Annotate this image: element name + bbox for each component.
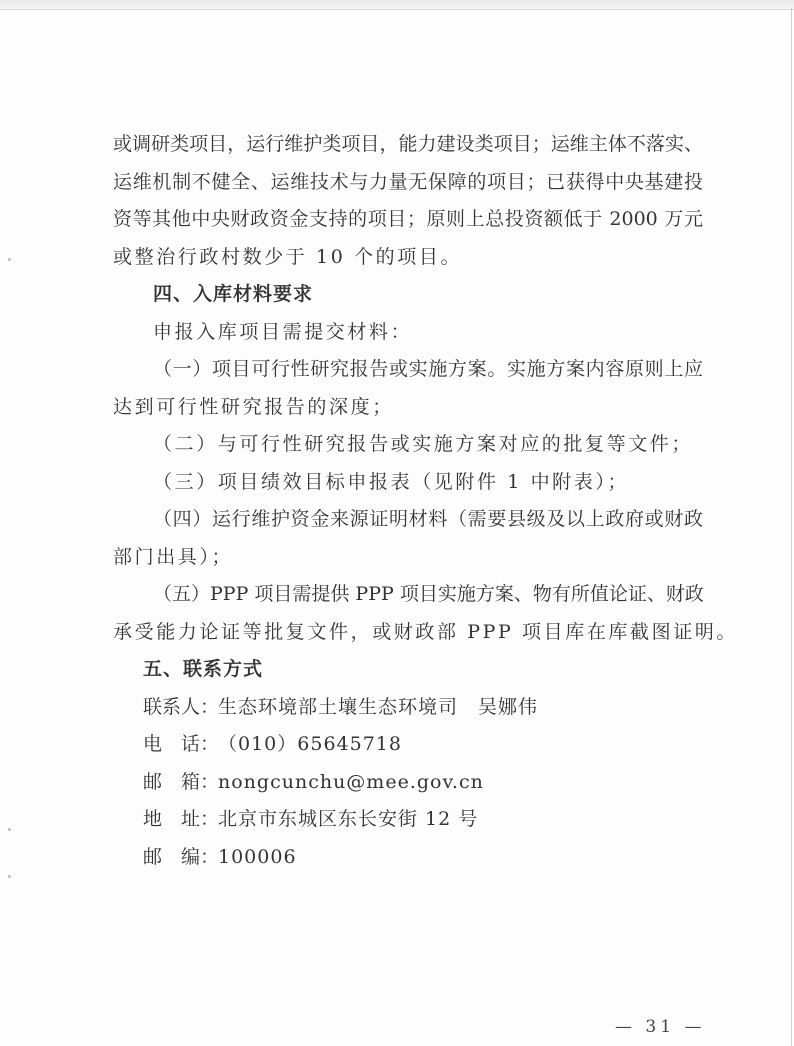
materials-item-2: （二）与可行性研究报告或实施方案对应的批复等文件； [113, 426, 703, 464]
materials-item-5-line1: （五）PPP 项目需提供 PPP 项目实施方案、物有所值论证、财政 [113, 576, 703, 614]
section-intro: 申报入库项目需提交材料： [113, 314, 703, 352]
materials-item-4-line2: 部门出具）； [113, 539, 703, 577]
scan-top-edge [0, 0, 794, 10]
body-text-line: 运维机制不健全、运维技术与力量无保障的项目；已获得中央基建投 [113, 164, 703, 202]
scan-speck [8, 828, 11, 831]
contact-phone-value: （010）65645718 [218, 733, 402, 755]
body-text-line: 资等其他中央财政资金支持的项目；原则上总投资额低于 2000 万元 [113, 201, 703, 239]
contact-address-value: 北京市东城区东长安街 12 号 [218, 808, 478, 830]
materials-item-3: （三）项目绩效目标申报表（见附件 1 中附表）； [113, 464, 703, 502]
materials-item-4-line1: （四）运行维护资金来源证明材料（需要县级及以上政府或财政 [113, 501, 703, 539]
contact-address-label: 地 址： [143, 801, 218, 839]
scan-speck [8, 875, 11, 878]
contact-postcode-label: 邮 编： [143, 839, 218, 877]
page-number: — 31 — [615, 1017, 705, 1037]
contact-person-row: 联系人：生态环境部土壤生态环境司 吴娜伟 [113, 689, 703, 727]
contact-phone-row: 电 话：（010）65645718 [113, 726, 703, 764]
materials-item-5-line2: 承受能力论证等批复文件，或财政部 PPP 项目库在库截图证明。 [113, 614, 703, 652]
materials-item-1-line1: （一）项目可行性研究报告或实施方案。实施方案内容原则上应 [113, 351, 703, 389]
body-text-line: 或整治行政村数少于 10 个的项目。 [113, 239, 703, 277]
contact-email-label: 邮 箱： [143, 764, 218, 802]
document-page: 或调研类项目，运行维护类项目，能力建设类项目；运维主体不落实、 运维机制不健全、… [113, 126, 703, 876]
materials-item-1-line2: 达到可行性研究报告的深度； [113, 389, 703, 427]
scan-right-edge [791, 8, 792, 1046]
contact-email-value: nongcunchu@mee.gov.cn [218, 771, 484, 793]
contact-postcode-row: 邮 编：100006 [113, 839, 703, 877]
section-heading-materials: 四、入库材料要求 [113, 276, 703, 314]
contact-person-value: 生态环境部土壤生态环境司 吴娜伟 [218, 696, 538, 718]
contact-postcode-value: 100006 [218, 846, 297, 868]
body-text-line: 或调研类项目，运行维护类项目，能力建设类项目；运维主体不落实、 [113, 126, 703, 164]
contact-phone-label: 电 话： [143, 726, 218, 764]
contact-person-label: 联系人： [143, 689, 218, 727]
section-heading-contact: 五、联系方式 [113, 651, 703, 689]
contact-email-row: 邮 箱：nongcunchu@mee.gov.cn [113, 764, 703, 802]
contact-address-row: 地 址：北京市东城区东长安街 12 号 [113, 801, 703, 839]
scan-speck [8, 258, 11, 261]
